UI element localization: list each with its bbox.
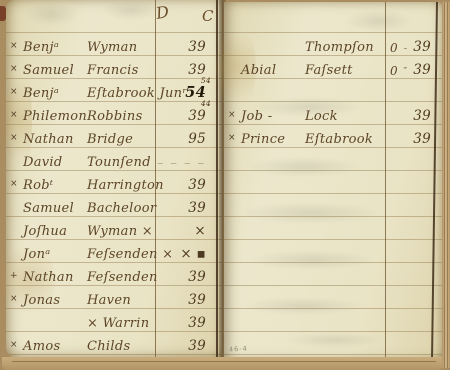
amount-cell: 39 xyxy=(156,263,214,286)
debit-amount: 0 xyxy=(390,42,401,54)
ledger-row: × Benjᵃ Wyman 39 xyxy=(6,33,222,56)
margin-cross-mark: × xyxy=(228,128,241,143)
margin-cross-mark xyxy=(10,317,23,323)
amount: × xyxy=(194,223,206,239)
book-edge-bottom xyxy=(2,357,446,370)
amount-cell: 0 ″ 39 xyxy=(386,56,436,79)
ledger-row: + Nathan Feſsenden 39 xyxy=(6,263,222,286)
first-name: Joſhua xyxy=(23,225,87,238)
amount: 39 xyxy=(188,177,206,193)
ledger-row: David Tounſend ‒ ‒ ‒ ‒ xyxy=(6,148,222,171)
debit-amount: 0 xyxy=(390,65,401,77)
bleed-through-smudge xyxy=(244,157,364,177)
margin-cross-mark xyxy=(228,87,241,93)
right-ledger-page: Thompſon 0 - 39 Abial Faſsett 0 ″ 39 xyxy=(224,2,443,362)
ledger-row: × Jonas Haven 39 xyxy=(6,286,222,309)
margin-cross-mark: × xyxy=(10,36,23,51)
bleed-through-smudge xyxy=(236,202,386,224)
ditto-separator: - xyxy=(401,45,410,54)
amount: × ▪ xyxy=(180,246,206,262)
ledger-row: Jonᵃ Feſsenden × × ▪ xyxy=(6,240,222,263)
amount: 39 xyxy=(188,292,206,308)
margin-cross-mark: × xyxy=(10,59,23,74)
bleed-through-smudge xyxy=(284,332,384,348)
amount-cell: 44 39 xyxy=(156,102,214,125)
amount-cell: 39 xyxy=(156,33,214,56)
amount: 39 xyxy=(188,338,206,354)
ledger-row: × Warrin 39 xyxy=(6,309,222,332)
credit-amount: 39 xyxy=(410,41,431,55)
margin-cross-mark: × xyxy=(10,82,23,97)
amount-cell: 39 xyxy=(156,171,214,194)
ledger-row: × Amos Childs 39 xyxy=(6,332,222,355)
margin-cross-mark: × xyxy=(10,105,23,120)
amount-note: 44 xyxy=(201,100,211,108)
bleed-through-smudge xyxy=(101,0,161,20)
amount-cell: 39 xyxy=(386,125,436,148)
credit-column-header: C xyxy=(202,7,213,25)
book-edge-right xyxy=(442,2,450,368)
margin-cross-mark: × xyxy=(10,289,23,304)
first-name: Jonas xyxy=(23,294,87,307)
amount: 39 xyxy=(188,108,206,124)
amount-cell: 39 xyxy=(386,102,436,125)
debit-column-header: D xyxy=(155,2,171,23)
left-ledger-page: D C × Benjᵃ Wyman 39 × Samuel Francis xyxy=(6,0,222,359)
ledger-row: × Philemon Robbins 44 39 xyxy=(6,102,222,125)
ledger-row: Abial Faſsett 0 ″ 39 xyxy=(224,56,443,79)
binding-mark xyxy=(0,6,6,21)
first-name: Samuel xyxy=(23,202,87,215)
amount-cell: × xyxy=(156,217,214,240)
ledger-row: × Prince Eſtabrook 39 xyxy=(224,125,443,148)
first-name: Job - xyxy=(241,110,305,123)
first-name: Philemon xyxy=(23,110,87,123)
ledger-row: × Benjᵃ Eſtabrook Junʳ 54 54 xyxy=(6,79,222,102)
ledger-row: × Robᵗ Harrington 39 xyxy=(6,171,222,194)
first-name: Nathan xyxy=(23,271,87,284)
amount-cell: 39 xyxy=(156,309,214,332)
first-name: Benjᵃ xyxy=(23,87,87,100)
amount-cell: × ▪ xyxy=(156,240,214,263)
first-name: Nathan xyxy=(23,133,87,146)
margin-cross-mark: × xyxy=(10,174,23,189)
amount-cell: ‒ ‒ ‒ ‒ xyxy=(156,148,214,171)
amount-cell: 0 - 39 xyxy=(386,33,436,56)
amount: 39 xyxy=(188,39,206,55)
first-name: Robᵗ xyxy=(23,179,87,192)
ledger-row: Samuel Bacheloor 39 xyxy=(6,194,222,217)
bleed-through-smudge xyxy=(242,297,367,315)
first-name: Prince xyxy=(241,133,305,146)
amount: 95 xyxy=(188,131,206,147)
credit-amount: 39 xyxy=(410,133,431,147)
margin-cross-mark xyxy=(10,202,23,208)
amount: 39 xyxy=(188,315,206,331)
amount-note: 54 xyxy=(201,77,211,85)
first-name: Samuel xyxy=(23,64,87,77)
bleed-through-smudge xyxy=(248,250,378,270)
margin-cross-mark: × xyxy=(10,128,23,143)
ditto-separator: ″ xyxy=(401,68,410,77)
ledger-row: × Nathan Bridge 95 xyxy=(6,125,222,148)
amount-cell: 39 xyxy=(156,194,214,217)
first-name: Amos xyxy=(23,340,87,353)
amount-cell: 39 xyxy=(156,286,214,309)
margin-cross-mark xyxy=(228,64,241,70)
amount: ‒ ‒ ‒ ‒ xyxy=(157,158,206,169)
first-name: David xyxy=(23,156,87,169)
margin-cross-mark xyxy=(10,156,23,162)
amount-cell xyxy=(386,79,436,102)
margin-cross-mark xyxy=(10,248,23,254)
margin-cross-mark xyxy=(10,225,23,231)
amount-cell: 39 xyxy=(156,332,214,355)
ledger-scan: D C × Benjᵃ Wyman 39 × Samuel Francis xyxy=(0,0,450,370)
margin-cross-mark: × xyxy=(10,335,23,350)
credit-amount: 39 xyxy=(410,64,431,78)
bleed-through-smudge xyxy=(344,10,414,32)
ledger-row xyxy=(224,79,443,102)
ledger-row: Thompſon 0 - 39 xyxy=(224,33,443,56)
first-name: Benjᵃ xyxy=(23,41,87,54)
margin-cross-mark: × xyxy=(228,105,241,120)
bleed-through-smudge xyxy=(24,2,79,26)
amount: 39 xyxy=(188,269,206,285)
amount-cell: 95 xyxy=(156,125,214,148)
ledger-row: Joſhua Wyman × × xyxy=(6,217,222,240)
margin-cross-mark xyxy=(228,41,241,47)
ledger-row: × Job - Lock 39 xyxy=(224,102,443,125)
first-name: Abial xyxy=(241,64,305,77)
credit-amount: 39 xyxy=(410,110,431,124)
amount: 39 xyxy=(188,200,206,216)
ledger-row: × Samuel Francis 39 xyxy=(6,56,222,79)
margin-cross-mark: + xyxy=(10,266,23,281)
pencil-annotation: 46-4 xyxy=(229,344,248,353)
first-name: Jonᵃ xyxy=(23,248,87,261)
